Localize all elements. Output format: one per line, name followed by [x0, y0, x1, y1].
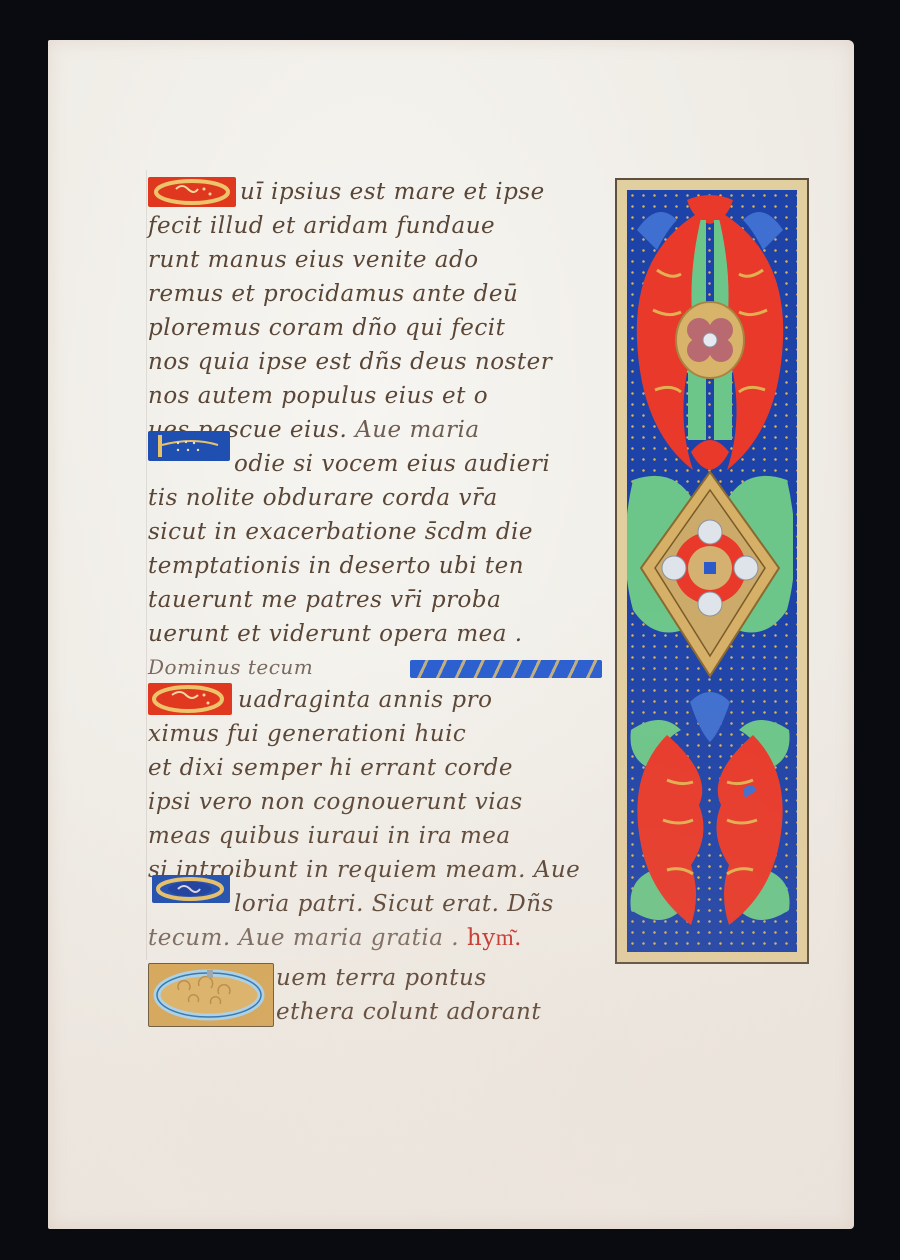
line-text: tis nolite obdurare corda vr̄a: [148, 485, 498, 511]
line-text: uadraginta annis pro: [238, 687, 493, 713]
line-text: uem terra pontus: [276, 965, 487, 991]
line-text: uī ipsius est mare et ipse: [240, 179, 545, 205]
text-line: remus et procidamus ante deū: [148, 281, 518, 311]
text-line: temptationis in deserto ubi ten: [148, 553, 524, 583]
initial-g-glyph-icon: [152, 875, 230, 903]
initial-h-glyph-icon: [148, 431, 230, 461]
text-line: tecum. Aue maria gratia . hym͂.: [148, 925, 522, 955]
line-text: loria patri. Sicut erat. Dñs: [234, 891, 554, 917]
initial-q-red: [148, 683, 232, 715]
text-line: tis nolite obdurare corda vr̄a: [148, 485, 498, 515]
text-line: sicut in exacerbatione s̄cdm die: [148, 519, 533, 549]
initial-q-glyph-icon: [148, 683, 232, 715]
line-text: uerunt et viderunt opera mea .: [148, 621, 523, 647]
text-line: ipsi vero non cognouerunt vias: [148, 789, 523, 819]
text-line: fecit illud et aridam fundaue: [148, 213, 495, 243]
text-line: loria patri. Sicut erat. Dñs: [234, 891, 554, 921]
line-text: meas quibus iuraui in ira mea: [148, 823, 511, 849]
text-line: uī ipsius est mare et ipse: [240, 179, 545, 209]
line-text: tecum. Aue maria gratia .: [148, 925, 467, 951]
text-line: runt manus eius venite ado: [148, 247, 479, 277]
line-text: nos quia ipse est dñs deus noster: [148, 349, 552, 375]
line-text: tauerunt me patres vr̄i proba: [148, 587, 501, 613]
line-text: runt manus eius venite ado: [148, 247, 479, 273]
text-line: ethera colunt adorant: [276, 999, 541, 1029]
text-line: meas quibus iuraui in ira mea: [148, 823, 511, 853]
text-line: ximus fui generationi huic: [148, 721, 466, 751]
rubric-hymnus: hym͂.: [467, 925, 522, 951]
text-line: uerunt et viderunt opera mea .: [148, 621, 523, 651]
text-line: tauerunt me patres vr̄i proba: [148, 587, 501, 617]
text-line: et dixi semper hi errant corde: [148, 755, 513, 785]
line-text: ximus fui generationi huic: [148, 721, 466, 747]
line-text: nos autem populus eius et o: [148, 383, 488, 409]
manuscript-leaf: uī ipsius est mare et ipse fecit illud e…: [48, 40, 854, 1229]
line-text: ploremus coram dño qui fecit: [148, 315, 505, 341]
initial-q-large-glyph-icon: [149, 964, 273, 1026]
text-line: nos autem populus eius et o: [148, 383, 488, 413]
text-line: ploremus coram dño qui fecit: [148, 315, 505, 345]
text-line: nos quia ipse est dñs deus noster: [148, 349, 552, 379]
rubric-ave-maria: Aue maria: [355, 417, 479, 443]
line-text: ethera colunt adorant: [276, 999, 541, 1025]
acanthus-ornament-icon: [627, 190, 793, 948]
text-line: Dominus tecum: [148, 655, 313, 685]
initial-q-glyph-icon: [148, 177, 236, 207]
initial-q-gold-large: [148, 963, 274, 1027]
text-line: uem terra pontus: [276, 965, 487, 995]
initial-q-red: [148, 177, 236, 207]
initial-g-blue: [152, 875, 230, 903]
line-text: odie si vocem eius audieri: [234, 451, 550, 477]
initial-h-blue: [148, 431, 230, 461]
line-text: fecit illud et aridam fundaue: [148, 213, 495, 239]
line-text: sicut in exacerbatione s̄cdm die: [148, 519, 533, 545]
line-text: Dominus tecum: [148, 655, 313, 679]
text-line: odie si vocem eius audieri: [234, 451, 550, 481]
line-filler-ornament: [410, 660, 602, 678]
line-text: temptationis in deserto ubi ten: [148, 553, 524, 579]
line-text: remus et procidamus ante deū: [148, 281, 518, 307]
ruling-left: [146, 170, 147, 960]
border-blue-ground: [627, 190, 797, 952]
decorative-border-panel: [615, 178, 809, 964]
line-text: et dixi semper hi errant corde: [148, 755, 513, 781]
line-text: ipsi vero non cognouerunt vias: [148, 789, 523, 815]
text-line: uadraginta annis pro: [238, 687, 493, 717]
